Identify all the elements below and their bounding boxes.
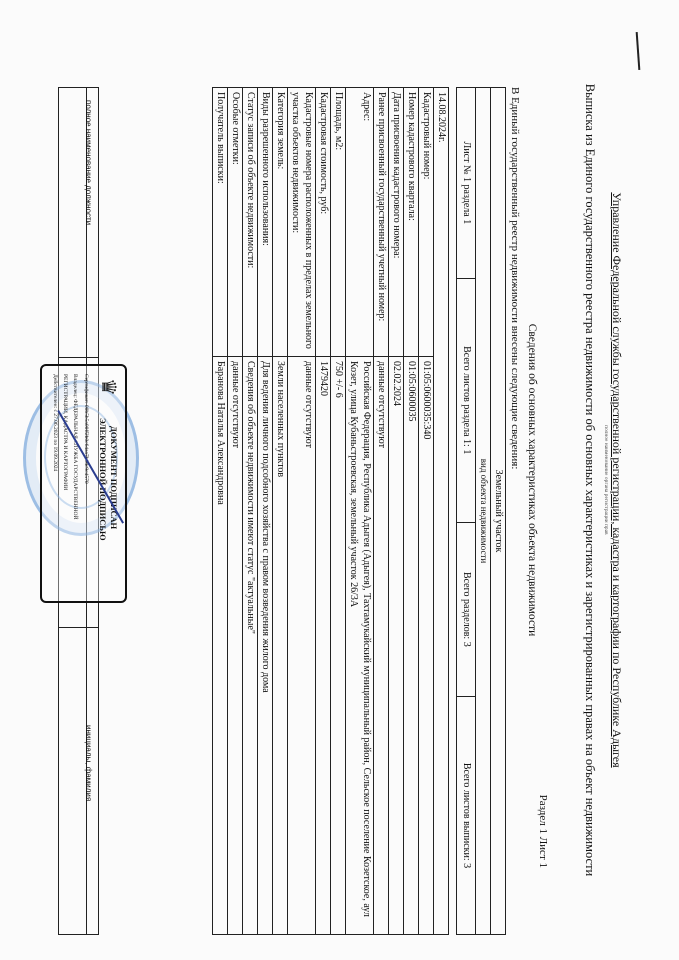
document-page: Управление Федеральной службы государств… [0, 0, 679, 960]
field-label: Площадь, м2: [331, 88, 346, 357]
field-row: Номер кадастрового квартала:01:05:060003… [404, 88, 419, 935]
object-header-table: Земельный участок вид объекта недвижимос… [456, 87, 506, 935]
field-label: Статус записи об объекте недвижимости: [243, 88, 258, 357]
sheet-number: Лист № 1 раздела 1 [457, 88, 476, 279]
field-value: Для ведения личного подсобного хозяйства… [258, 357, 273, 935]
field-row: Получатель выписки:Баранова Наталья Алек… [213, 88, 228, 935]
field-value: Российская Федерация, Республика Адыгея … [346, 357, 374, 935]
authority-note: полное наименование органа регистрации п… [603, 0, 608, 960]
field-value: данные отсутствуют [288, 357, 316, 935]
field-row: Особые отметки:данные отсутствуют [228, 88, 243, 935]
field-row: Дата присвоения кадастрового номера:02.0… [389, 88, 404, 935]
field-value: Сведения об объекте недвижимости имеют с… [243, 357, 258, 935]
field-label: Номер кадастрового квартала: [404, 88, 419, 357]
field-value: Баранова Наталья Александровна [213, 357, 228, 935]
extract-date: 14.08.2024г. [434, 88, 449, 935]
esig-owner: Владелец: ФЕДЕРАЛЬНАЯ СЛУЖБА ГОСУДАРСТВЕ… [72, 374, 78, 519]
field-row: Кадастровая стоимость, руб:1479420 [316, 88, 331, 935]
field-value: 750 +/- 6 [331, 357, 346, 935]
intro-text: В Единый государственный реестр недвижим… [509, 87, 521, 469]
field-label: Получатель выписки: [213, 88, 228, 357]
field-label: Дата присвоения кадастрового номера: [389, 88, 404, 357]
field-row: Адрес:Российская Федерация, Республика А… [346, 88, 374, 935]
field-label: Категория земель: [273, 88, 288, 357]
document-title: Выписка из Единого государственного реес… [582, 0, 597, 960]
field-value: Земли населенных пунктов [273, 357, 288, 935]
esig-validity: Действителен: с 27.06.2023 по 19.09.2024 [52, 374, 58, 471]
field-label: Особые отметки: [228, 88, 243, 357]
field-row: Статус записи об объекте недвижимости:Св… [243, 88, 258, 935]
authority-name: Управление Федеральной службы государств… [609, 0, 624, 960]
sections-total: Всего разделов: 3 [457, 522, 476, 696]
field-row: Ранее присвоенный государственный учетны… [374, 88, 389, 935]
pen-mark [636, 32, 641, 70]
object-type-value: Земельный участок [491, 88, 506, 935]
object-type-caption: вид объекта недвижимости [476, 88, 491, 935]
eagle-emblem-icon: ♛ [95, 374, 121, 400]
field-label: Адрес: [346, 88, 374, 357]
section-sheets-total: Всего листов раздела 1: 1 [457, 278, 476, 522]
position-caption: полное наименование должности [84, 100, 93, 225]
field-label: Ранее присвоенный государственный учетны… [374, 88, 389, 357]
section-label: Раздел 1 Лист 1 [537, 795, 549, 868]
field-value: 02.02.2024 [389, 357, 404, 935]
field-value: 01:05:0600035 [404, 357, 419, 935]
authority-text: Управление Федеральной службы государств… [610, 192, 624, 767]
field-value: данные отсутствуют [374, 357, 389, 935]
section-title: Сведения об основных характеристиках объ… [526, 0, 538, 960]
field-row: Категория земель:Земли населенных пункто… [273, 88, 288, 935]
field-value: данные отсутствуют [228, 357, 243, 935]
esig-owner-cont: РЕГИСТРАЦИИ, КАДАСТРА И КАРТОГРАФИИ [62, 374, 68, 490]
field-row: Кадастровый номер:01:05:0600035:340 [419, 88, 434, 935]
field-label: Кадастровые номера расположенных в преде… [288, 88, 316, 357]
field-row: Виды разрешенного использования:Для веде… [258, 88, 273, 935]
field-label: Кадастровая стоимость, руб: [316, 88, 331, 357]
name-caption: инициалы, фамилия [84, 725, 93, 801]
field-row: Кадастровые номера расположенных в преде… [288, 88, 316, 935]
characteristics-table: 14.08.2024г. Кадастровый номер:01:05:060… [212, 87, 449, 935]
field-label: Виды разрешенного использования: [258, 88, 273, 357]
extract-sheets-total: Всего листов выписки: 3 [457, 696, 476, 934]
field-value: 01:05:0600035:340 [419, 357, 434, 935]
electronic-signature-box: ♛ ДОКУМЕНТ ПОДПИСАН ЭЛЕКТРОННОЙ ПОДПИСЬЮ… [40, 364, 127, 603]
esig-certificate: Сертификат: 00b5b5a00ff2b0c64aa7b6dc9c45… [83, 374, 89, 484]
field-row: Площадь, м2:750 +/- 6 [331, 88, 346, 935]
field-value: 1479420 [316, 357, 331, 935]
field-label: Кадастровый номер: [419, 88, 434, 357]
